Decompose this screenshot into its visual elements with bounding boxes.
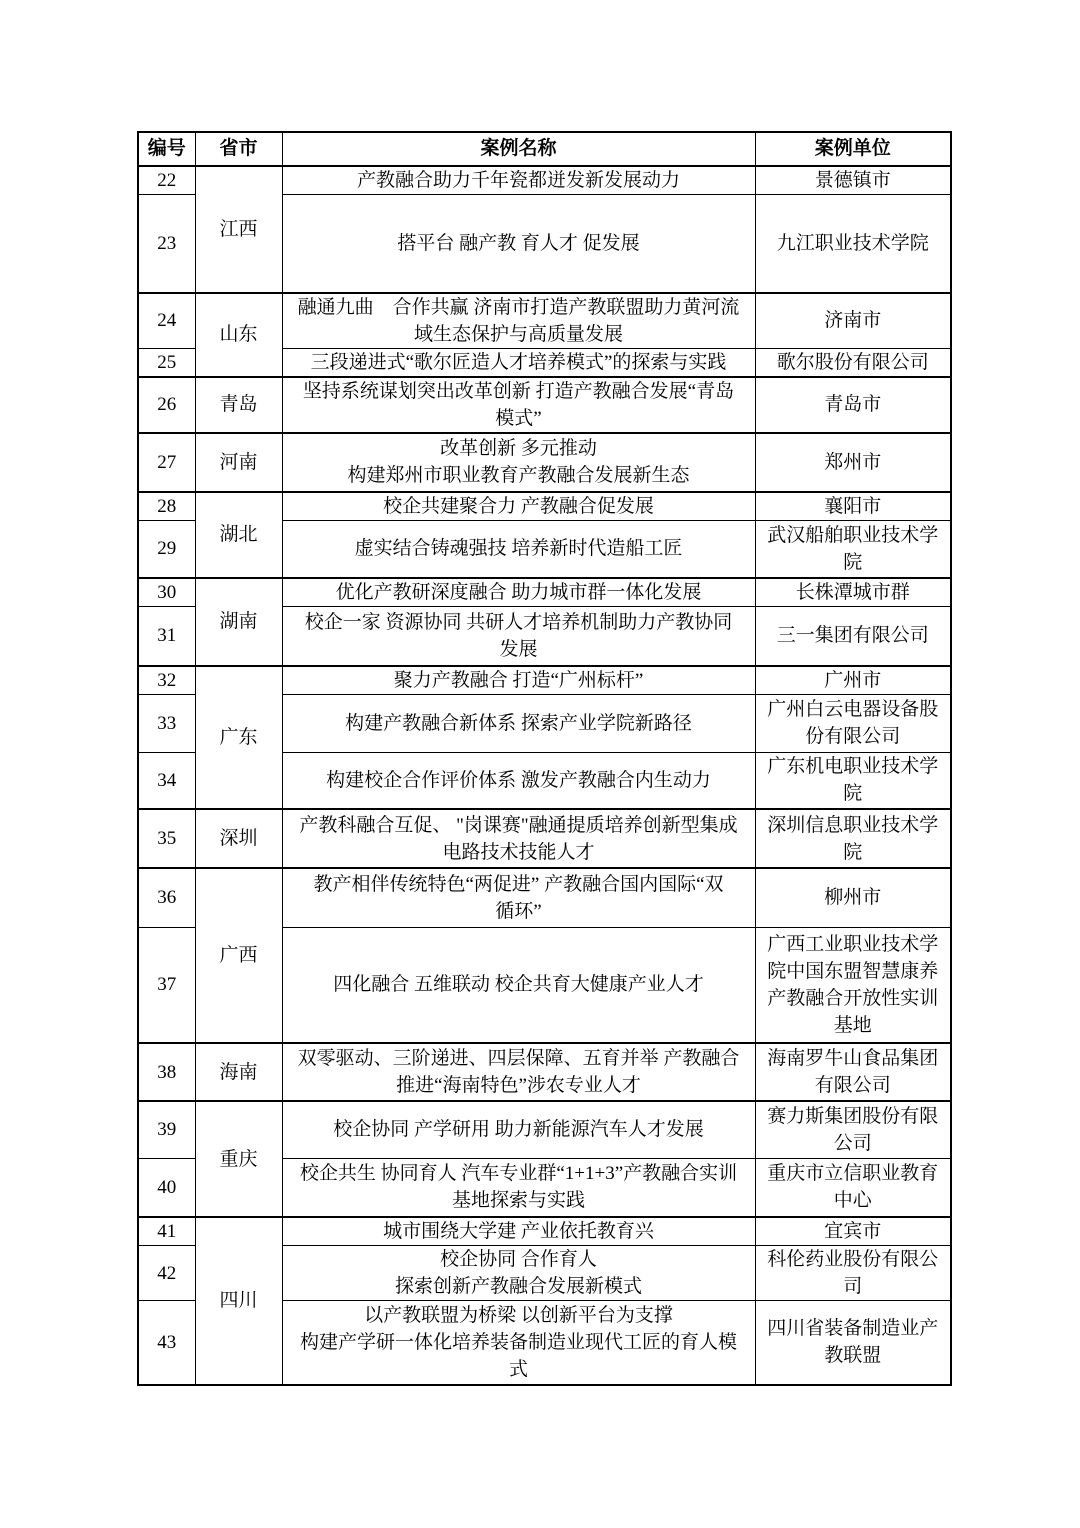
table-header-row: 编号 省市 案例名称 案例单位 [138,132,951,166]
province-cell: 山东 [195,293,282,377]
case-number-cell: 28 [138,492,195,521]
case-unit-cell: 九江职业技术学院 [755,195,951,293]
case-number-cell: 25 [138,348,195,377]
case-name-cell: 校企共建聚合力 产教融合促发展 [282,492,755,521]
case-unit-cell: 柳州市 [755,868,951,927]
case-number-cell: 30 [138,578,195,607]
case-number-cell: 24 [138,293,195,349]
table-row: 41四川城市围绕大学建 产业依托教育兴宜宾市 [138,1217,951,1246]
case-unit-cell: 宜宾市 [755,1217,951,1246]
case-number-cell: 35 [138,809,195,868]
table-row: 39重庆校企协同 产学研用 助力新能源汽车人才发展赛力斯集团股份有限 公司 [138,1101,951,1158]
case-name-cell: 以产教联盟为桥梁 以创新平台为支撑 构建产学研一体化培养装备制造业现代工匠的育人… [282,1301,755,1385]
case-name-cell: 产教科融合互促、 "岗课赛"融通提质培养创新型集成 电路技术技能人才 [282,809,755,868]
case-unit-cell: 济南市 [755,293,951,349]
case-unit-cell: 科伦药业股份有限公 司 [755,1246,951,1301]
table-row: 24山东融通九曲 合作共赢 济南市打造产教联盟助力黄河流 域生态保护与高质量发展… [138,293,951,349]
case-name-cell: 改革创新 多元推动 构建郑州市职业教育产教融合发展新生态 [282,433,755,492]
case-unit-cell: 广西工业职业技术学 院中国东盟智慧康养 产教融合开放性实训 基地 [755,927,951,1043]
case-name-cell: 校企共生 协同育人 汽车专业群“1+1+3”产教融合实训 基地探索与实践 [282,1158,755,1217]
document-page: 编号 省市 案例名称 案例单位 22江西产教融合助力千年瓷都迸发新发展动力景德镇… [0,0,1080,1528]
case-name-cell: 构建产教融合新体系 探索产业学院新路径 [282,694,755,752]
case-number-cell: 37 [138,927,195,1043]
header-province: 省市 [195,132,282,166]
case-name-cell: 构建校企合作评价体系 激发产教融合内生动力 [282,752,755,809]
case-number-cell: 33 [138,694,195,752]
case-name-cell: 校企一家 资源协同 共研人才培养机制助力产教协同 发展 [282,607,755,666]
case-table: 编号 省市 案例名称 案例单位 22江西产教融合助力千年瓷都迸发新发展动力景德镇… [137,131,952,1386]
case-unit-cell: 广州白云电器设备股 份有限公司 [755,694,951,752]
case-number-cell: 22 [138,166,195,195]
case-name-cell: 城市围绕大学建 产业依托教育兴 [282,1217,755,1246]
case-number-cell: 41 [138,1217,195,1246]
table-row: 30湖南优化产教研深度融合 助力城市群一体化发展长株潭城市群 [138,578,951,607]
case-unit-cell: 襄阳市 [755,492,951,521]
province-cell: 广东 [195,666,282,810]
case-unit-cell: 广东机电职业技术学 院 [755,752,951,809]
case-unit-cell: 长株潭城市群 [755,578,951,607]
case-name-cell: 校企协同 合作育人 探索创新产教融合发展新模式 [282,1246,755,1301]
case-name-cell: 聚力产教融合 打造“广州标杆” [282,666,755,695]
header-case-name: 案例名称 [282,132,755,166]
case-unit-cell: 郑州市 [755,433,951,492]
case-number-cell: 27 [138,433,195,492]
case-unit-cell: 深圳信息职业技术学 院 [755,809,951,868]
province-cell: 湖南 [195,578,282,666]
case-number-cell: 38 [138,1043,195,1101]
case-number-cell: 36 [138,868,195,927]
case-unit-cell: 青岛市 [755,377,951,433]
case-name-cell: 虚实结合铸魂强技 培养新时代造船工匠 [282,520,755,578]
table-row: 36广西教产相伴传统特色“两促进” 产教融合国内国际“双 循环”柳州市 [138,868,951,927]
case-name-cell: 教产相伴传统特色“两促进” 产教融合国内国际“双 循环” [282,868,755,927]
header-case-unit: 案例单位 [755,132,951,166]
case-unit-cell: 三一集团有限公司 [755,607,951,666]
province-cell: 重庆 [195,1101,282,1217]
case-number-cell: 42 [138,1246,195,1301]
case-number-cell: 31 [138,607,195,666]
province-cell: 海南 [195,1043,282,1101]
table-row: 22江西产教融合助力千年瓷都迸发新发展动力景德镇市 [138,166,951,195]
case-name-cell: 三段递进式“歌尔匠造人才培养模式”的探索与实践 [282,348,755,377]
case-name-cell: 搭平台 融产教 育人才 促发展 [282,195,755,293]
case-unit-cell: 广州市 [755,666,951,695]
table-row: 28湖北校企共建聚合力 产教融合促发展襄阳市 [138,492,951,521]
table-row: 27河南改革创新 多元推动 构建郑州市职业教育产教融合发展新生态郑州市 [138,433,951,492]
case-number-cell: 43 [138,1301,195,1385]
case-number-cell: 32 [138,666,195,695]
province-cell: 江西 [195,166,282,293]
table-row: 38海南双零驱动、三阶递进、四层保障、五育并举 产教融合 推进“海南特色”涉农专… [138,1043,951,1101]
case-name-cell: 双零驱动、三阶递进、四层保障、五育并举 产教融合 推进“海南特色”涉农专业人才 [282,1043,755,1101]
case-number-cell: 26 [138,377,195,433]
case-number-cell: 40 [138,1158,195,1217]
case-unit-cell: 景德镇市 [755,166,951,195]
case-name-cell: 产教融合助力千年瓷都迸发新发展动力 [282,166,755,195]
case-number-cell: 39 [138,1101,195,1158]
province-cell: 河南 [195,433,282,492]
case-unit-cell: 海南罗牛山食品集团 有限公司 [755,1043,951,1101]
case-number-cell: 23 [138,195,195,293]
case-unit-cell: 歌尔股份有限公司 [755,348,951,377]
case-unit-cell: 赛力斯集团股份有限 公司 [755,1101,951,1158]
case-table-body: 22江西产教融合助力千年瓷都迸发新发展动力景德镇市23搭平台 融产教 育人才 促… [138,166,951,1385]
case-number-cell: 29 [138,520,195,578]
table-row: 26青岛坚持系统谋划突出改革创新 打造产教融合发展“青岛 模式”青岛市 [138,377,951,433]
province-cell: 青岛 [195,377,282,433]
case-name-cell: 优化产教研深度融合 助力城市群一体化发展 [282,578,755,607]
case-unit-cell: 武汉船舶职业技术学 院 [755,520,951,578]
case-number-cell: 34 [138,752,195,809]
case-unit-cell: 重庆市立信职业教育 中心 [755,1158,951,1217]
table-row: 35深圳产教科融合互促、 "岗课赛"融通提质培养创新型集成 电路技术技能人才深圳… [138,809,951,868]
header-number: 编号 [138,132,195,166]
case-name-cell: 融通九曲 合作共赢 济南市打造产教联盟助力黄河流 域生态保护与高质量发展 [282,293,755,349]
province-cell: 四川 [195,1217,282,1385]
case-unit-cell: 四川省装备制造业产 教联盟 [755,1301,951,1385]
province-cell: 湖北 [195,492,282,579]
case-name-cell: 四化融合 五维联动 校企共育大健康产业人才 [282,927,755,1043]
case-name-cell: 校企协同 产学研用 助力新能源汽车人才发展 [282,1101,755,1158]
table-row: 32广东聚力产教融合 打造“广州标杆”广州市 [138,666,951,695]
province-cell: 深圳 [195,809,282,868]
case-table-container: 编号 省市 案例名称 案例单位 22江西产教融合助力千年瓷都迸发新发展动力景德镇… [137,131,952,1386]
case-name-cell: 坚持系统谋划突出改革创新 打造产教融合发展“青岛 模式” [282,377,755,433]
province-cell: 广西 [195,868,282,1043]
